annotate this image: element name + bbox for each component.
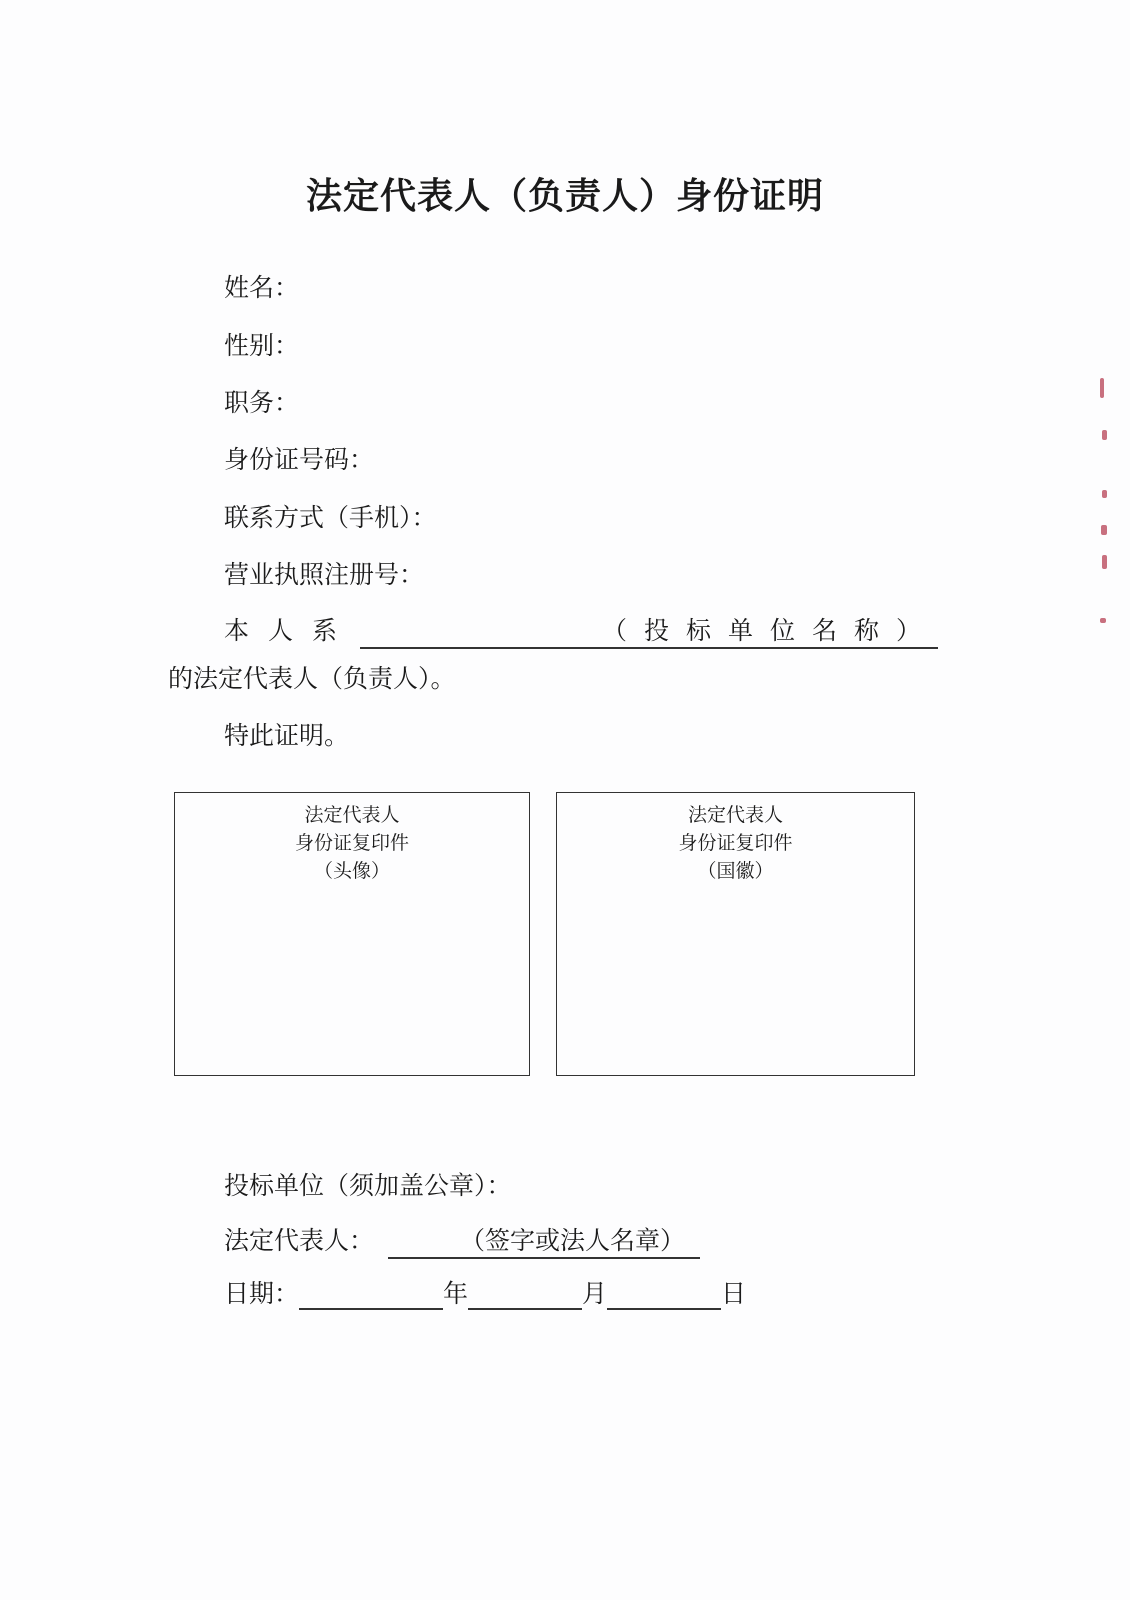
signature-blank[interactable]: （签字或法人名章） — [388, 1225, 700, 1259]
month-blank[interactable] — [468, 1280, 582, 1310]
document-title: 法定代表人（负责人）身份证明 — [0, 168, 1130, 219]
id-front-line2: 身份证复印件 — [175, 829, 529, 857]
statement-prefix: 本人系 — [224, 616, 356, 645]
field-name: 姓名： — [224, 272, 299, 304]
company-name-blank[interactable]: （投标单位名称） — [360, 615, 938, 649]
id-back-line3: （国徽） — [557, 857, 914, 885]
field-gender: 性别： — [224, 330, 299, 362]
id-front-box: 法定代表人 身份证复印件 （头像） — [174, 792, 530, 1076]
signature-hint: （签字或法人名章） — [460, 1226, 685, 1255]
id-front-line3: （头像） — [175, 857, 529, 885]
day-label: 日 — [721, 1279, 746, 1308]
closing-text: 特此证明。 — [224, 720, 349, 752]
year-blank[interactable] — [299, 1280, 443, 1310]
field-contact-phone: 联系方式（手机）： — [224, 502, 437, 534]
date-label: 日期： — [224, 1279, 299, 1308]
legal-rep-line: 法定代表人：（签字或法人名章） — [224, 1225, 700, 1259]
statement-suffix: 的法定代表人（负责人）。 — [168, 663, 456, 695]
month-label: 月 — [582, 1279, 607, 1308]
year-label: 年 — [443, 1279, 468, 1308]
legal-rep-label: 法定代表人： — [224, 1226, 374, 1255]
field-position: 职务： — [224, 387, 299, 419]
document-page: 法定代表人（负责人）身份证明 姓名： 性别： 职务： 身份证号码： 联系方式（手… — [0, 0, 1130, 1600]
field-business-license: 营业执照注册号： — [224, 559, 424, 591]
statement-line: 本人系 （投标单位名称） — [224, 615, 938, 649]
day-blank[interactable] — [607, 1280, 721, 1310]
id-back-line2: 身份证复印件 — [557, 829, 914, 857]
id-back-box: 法定代表人 身份证复印件 （国徽） — [556, 792, 915, 1076]
field-id-number: 身份证号码： — [224, 444, 374, 476]
date-line: 日期：年月日 — [224, 1278, 746, 1310]
company-name-hint: （投标单位名称） — [602, 616, 938, 645]
id-back-line1: 法定代表人 — [557, 801, 914, 829]
company-seal-label: 投标单位（须加盖公章）： — [224, 1170, 512, 1202]
id-front-line1: 法定代表人 — [175, 801, 529, 829]
